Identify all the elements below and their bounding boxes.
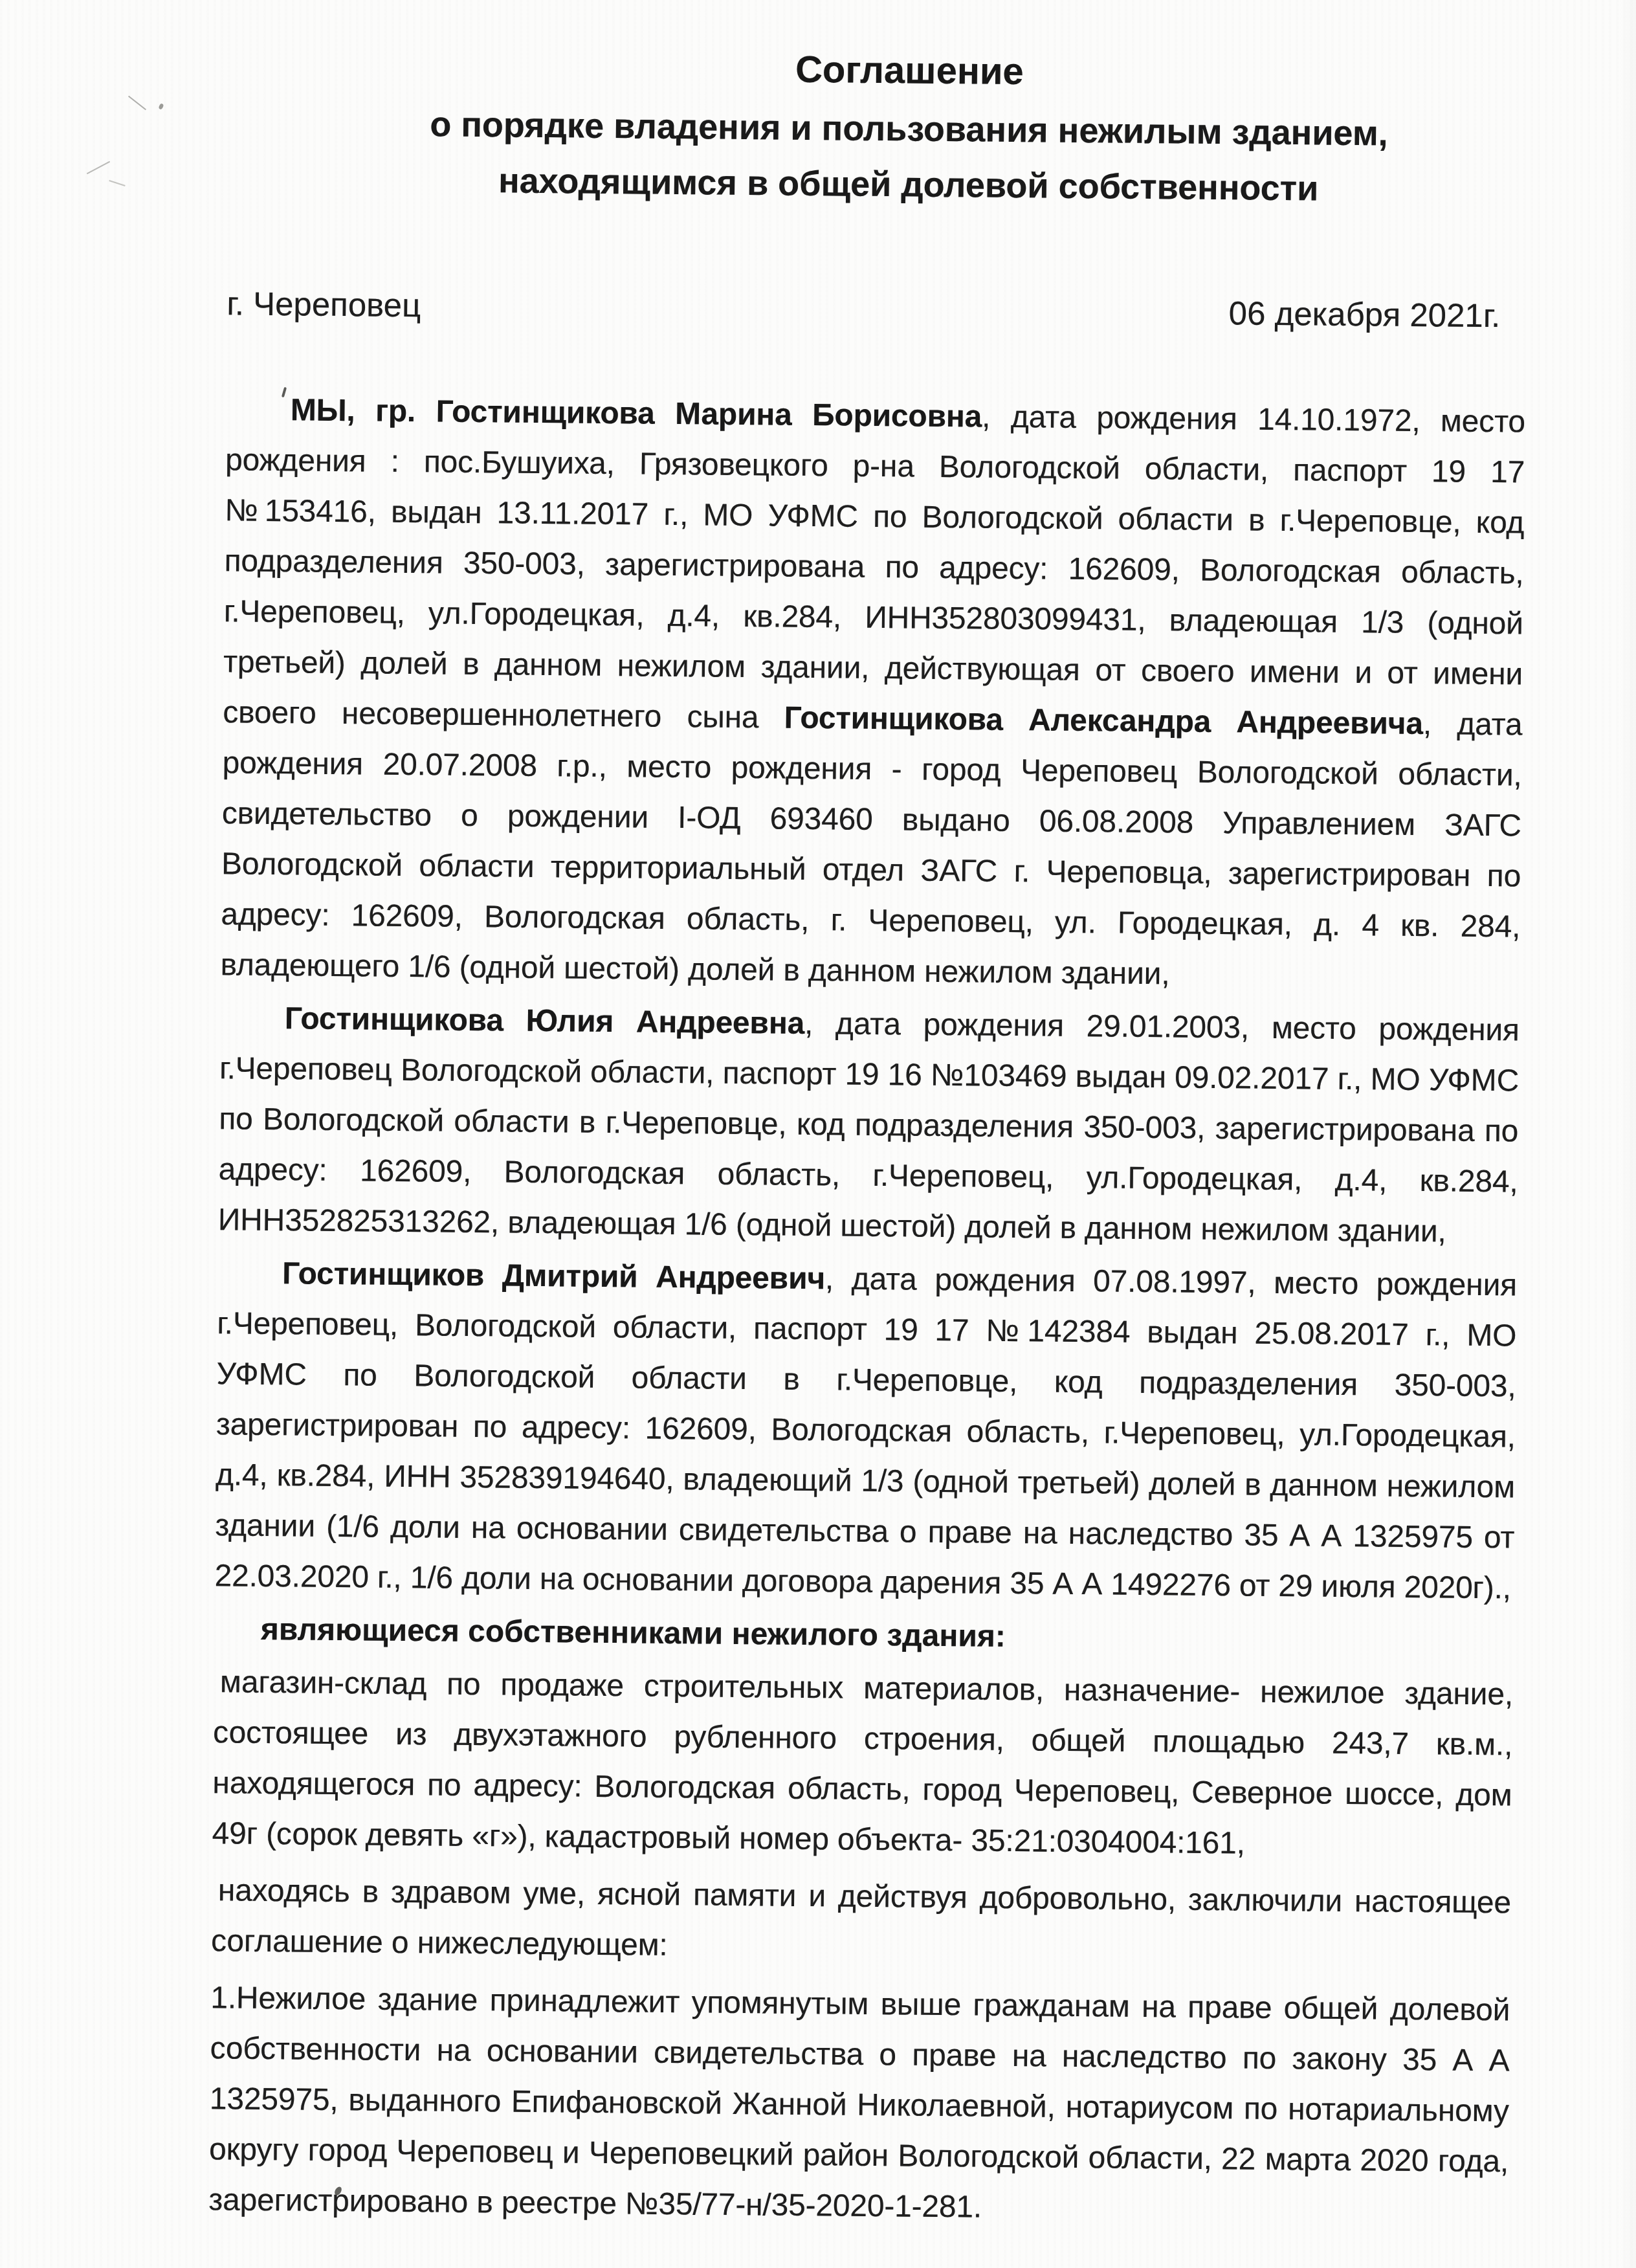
party-1-paragraph: МЫ, гр. Гостинщикова Марина Борисовна, д… <box>220 384 1525 1003</box>
place-date-row: г. Череповец 06 декабря 2021г. <box>227 278 1527 341</box>
scan-speck-artifact <box>158 103 164 110</box>
party-1-name: МЫ, гр. Гостинщикова Марина Борисовна <box>291 393 982 434</box>
scan-scratch-artifact <box>87 161 110 175</box>
document-content: Соглашение о порядке владения и пользова… <box>208 0 1529 2240</box>
scan-scratch-artifact <box>109 180 125 186</box>
owners-heading: являющиеся собственниками нежилого здани… <box>214 1604 1514 1667</box>
party-3-name: Гостинщиков Дмитрий Андреевич <box>282 1256 825 1296</box>
property-description-paragraph: магазин-склад по продаже строительных ма… <box>212 1657 1513 1871</box>
party-1-details: , дата рождения 14.10.1972, место рожден… <box>223 400 1525 735</box>
party-1-child-name: Гостинщикова Александра Андреевича <box>784 701 1423 741</box>
scanned-agreement-page: Соглашение о порядке владения и пользова… <box>0 0 1636 2268</box>
document-place: г. Череповец <box>227 278 421 331</box>
document-date: 06 декабря 2021г. <box>1228 288 1500 341</box>
clause-1-paragraph: 1.Нежилое здание принадлежит упомянутым … <box>208 1973 1510 2238</box>
party-2-paragraph: Гостинщикова Юлия Андреевна, дата рожден… <box>217 993 1520 1258</box>
scan-scratch-artifact <box>128 96 146 111</box>
party-2-name: Гостинщикова Юлия Андреевна <box>285 1001 805 1041</box>
document-heading-block: Соглашение о порядке владения и пользова… <box>228 41 1529 218</box>
party-3-details: , дата рождения 07.08.1997, место рожден… <box>214 1262 1517 1605</box>
document-subtitle-line-1: о порядке владения и пользования нежилым… <box>290 95 1529 162</box>
document-subtitle-line-2: находящимся в общей долевой собственност… <box>289 151 1528 218</box>
party-3-paragraph: Гостинщиков Дмитрий Андреевич, дата рожд… <box>214 1248 1517 1614</box>
document-title: Соглашение <box>291 42 1529 99</box>
party-1-child-details: , дата рождения 20.07.2008 г.р., место р… <box>220 707 1522 991</box>
party-2-details: , дата рождения 29.01.2003, место рожден… <box>218 1006 1520 1249</box>
capacity-clause-paragraph: находясь в здравом уме, ясной памяти и д… <box>211 1865 1511 1979</box>
